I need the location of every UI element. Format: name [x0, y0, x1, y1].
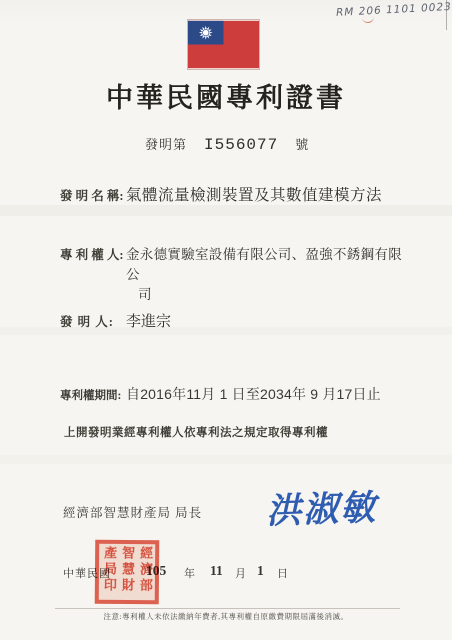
date-day-unit: 日: [277, 565, 288, 581]
field-inventor: 發 明 人: 李進宗: [60, 310, 410, 331]
date-day: 1: [257, 563, 264, 579]
scan-artifact-band: [0, 455, 452, 464]
handwritten-tick-mark: [362, 17, 374, 24]
inventor-value: 李進宗: [126, 310, 171, 331]
patentee-value: 金永德實驗室設備有限公司、盈強不銹鋼有限公司: [126, 243, 410, 303]
field-patentee: 專 利 權 人: 金永德實驗室設備有限公司、盈強不銹鋼有限公司: [60, 243, 410, 303]
date-month-unit: 月: [235, 565, 246, 581]
patentee-line2: 司: [126, 283, 410, 303]
patentee-line1: 金永德實驗室設備有限公司、盈強不銹鋼有限公: [126, 247, 402, 282]
field-patent-term: 專利權期間: 自2016年11月 1 日至2034年 9 月17日止: [60, 384, 410, 404]
footnote-notice: 注意:專利權人未依法繳納年費者,其專利權自原繳費期限屆滿後消滅。: [0, 611, 452, 622]
patent-number-line: 發明第 I556077 號: [145, 134, 308, 154]
roc-flag: [188, 20, 259, 69]
patent-number-suffix: 號: [295, 134, 308, 153]
grant-statement: 上開發明業經專利權人依專利法之規定取得專利權: [64, 424, 328, 440]
field-invention-name: 發 明 名 稱: 氣體流量檢測裝置及其數值建模方法: [60, 183, 410, 205]
seal-text: 經濟部智慧財產局印: [100, 546, 154, 598]
date-month: 11: [210, 563, 223, 579]
scan-artifact-band: [0, 205, 452, 216]
patent-term-label: 專利權期間:: [60, 384, 126, 403]
patent-term-value: 自2016年11月 1 日至2034年 9 月17日止: [126, 384, 381, 404]
inventor-label: 發 明 人:: [60, 310, 126, 330]
patent-certificate-page: RM 206 1101 0023 中華民國專利證書 發明第 I556077 號 …: [0, 0, 452, 640]
director-signature: 洪淑敏: [265, 480, 387, 534]
patent-number: I556077: [204, 136, 278, 154]
footnote-divider: [55, 608, 400, 609]
issue-date-line: 中華民國 105 年 11 月 1 日: [0, 563, 452, 581]
patent-number-prefix: 發明第: [145, 134, 187, 153]
official-red-seal: 經濟部智慧財產局印: [95, 540, 160, 605]
invention-name-value: 氣體流量檢測裝置及其數值建模方法: [126, 183, 382, 205]
invention-name-label: 發 明 名 稱:: [60, 183, 126, 204]
patentee-label: 專 利 權 人:: [60, 243, 126, 263]
certificate-title: 中華民國專利證書: [0, 76, 452, 115]
issuing-office-title: 經濟部智慧財產局 局長: [63, 503, 202, 521]
date-year-unit: 年: [184, 565, 195, 581]
handwritten-code: RM 206 1101 0023: [336, 1, 448, 19]
